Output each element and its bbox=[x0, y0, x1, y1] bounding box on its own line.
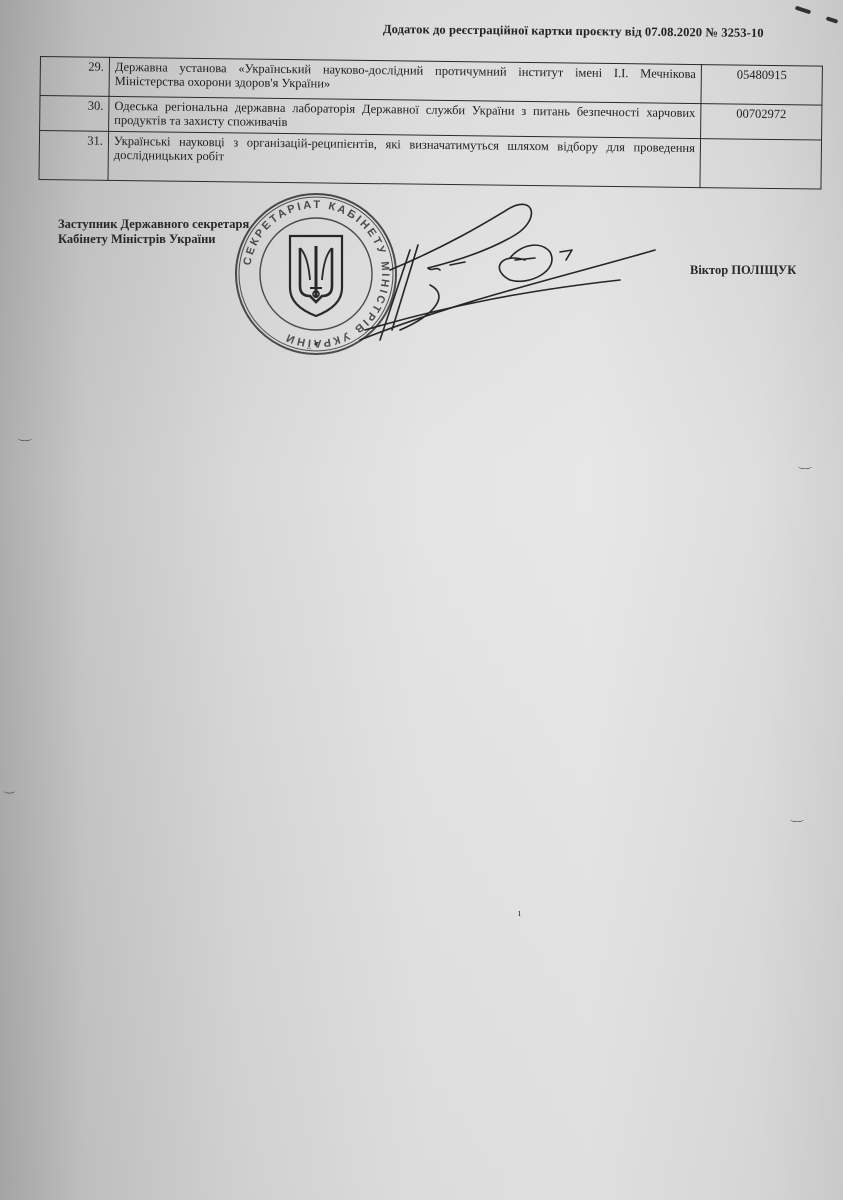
scan-artifact bbox=[795, 6, 811, 15]
trident-coat-of-arms-icon bbox=[290, 236, 342, 316]
scan-artifact: ⌒ bbox=[4, 780, 15, 796]
organization-name: Українські науковці з організацій-реципі… bbox=[108, 131, 701, 187]
scan-artifact bbox=[826, 16, 839, 24]
signer-title-line-1: Заступник Державного секретаря bbox=[58, 217, 249, 232]
table-row: 31. Українські науковці з організацій-ре… bbox=[39, 131, 822, 190]
recipients-table: 29. Державна установа «Український науко… bbox=[38, 56, 822, 190]
row-number: 30. bbox=[40, 96, 109, 132]
signer-name: Віктор ПОЛІЩУК bbox=[690, 263, 796, 278]
row-number: 31. bbox=[39, 131, 109, 181]
organization-code: 05480915 bbox=[701, 65, 822, 105]
row-number: 29. bbox=[40, 57, 109, 97]
scan-artifact: ı bbox=[518, 908, 521, 919]
signer-title: Заступник Державного секретаря Кабінету … bbox=[58, 217, 249, 247]
organization-code: 00702972 bbox=[701, 104, 822, 140]
organization-code bbox=[700, 139, 822, 189]
handwritten-signature bbox=[340, 190, 670, 350]
scan-artifact: ⌒ bbox=[798, 452, 812, 472]
document-header: Додаток до реєстраційної картки проєкту … bbox=[383, 22, 764, 41]
recipients-table-container: 29. Державна установа «Український науко… bbox=[38, 56, 822, 190]
scan-artifact: ⌒ bbox=[18, 424, 32, 444]
signer-title-line-2: Кабінету Міністрів України bbox=[58, 232, 249, 247]
scan-artifact: ⌒ bbox=[790, 805, 804, 825]
scanned-page: Додаток до реєстраційної картки проєкту … bbox=[0, 0, 843, 1200]
